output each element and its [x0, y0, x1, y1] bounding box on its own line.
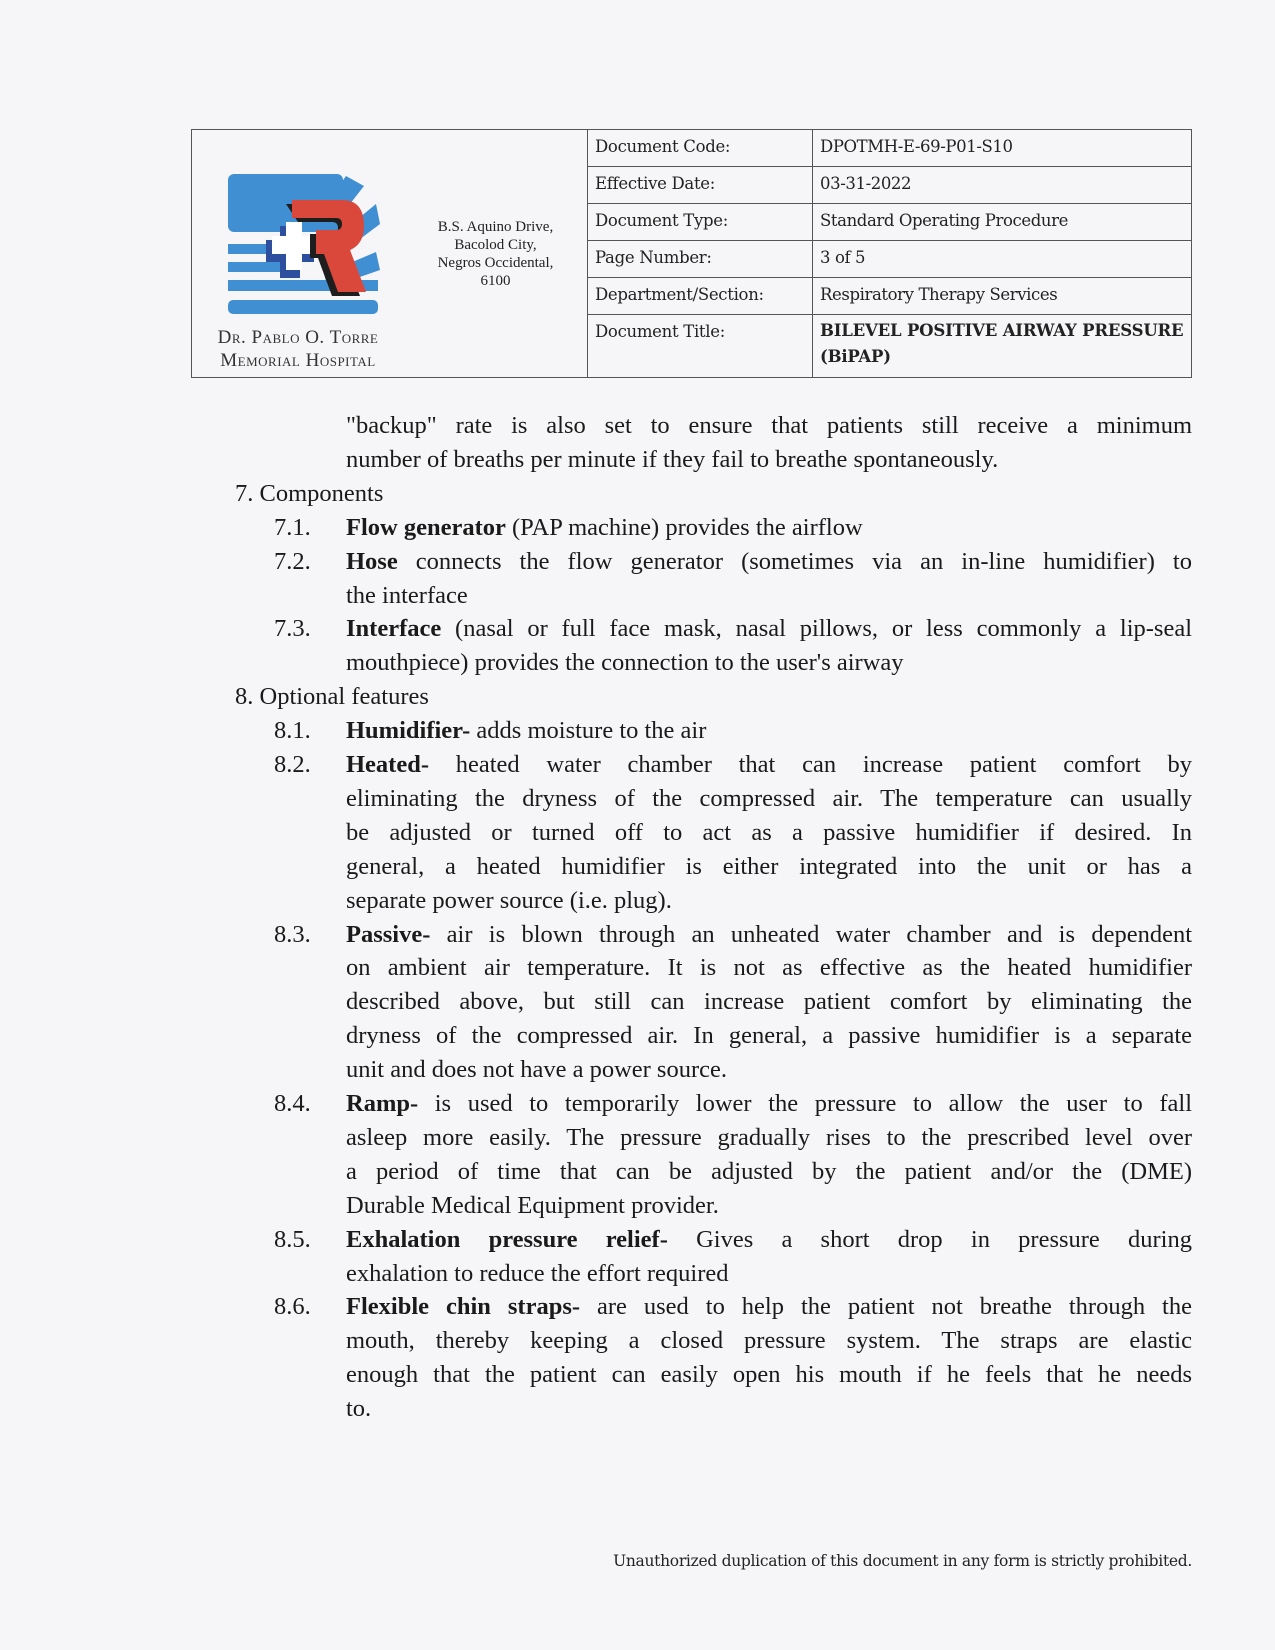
item-text-line: Passive- air is blown through an unheate…	[346, 920, 1192, 950]
item-text-line: separate power source (i.e. plug).	[346, 886, 672, 916]
item-text-line: be adjusted or turned off to act as a pa…	[346, 818, 1192, 848]
item-term: Hose	[346, 548, 398, 575]
item-text-line: mouth, thereby keeping a closed pressure…	[346, 1326, 1192, 1356]
meta-row-effective-date: Effective Date: 03-31-2022	[588, 167, 1191, 204]
section-heading: 7. Components	[235, 479, 383, 509]
item-text-line: described above, but still can increase …	[346, 987, 1192, 1017]
item-text-line: enough that the patient can easily open …	[346, 1360, 1192, 1390]
meta-label: Effective Date:	[588, 167, 813, 203]
item-number: 7.1.	[274, 513, 311, 543]
item-text-line: Humidifier- adds moisture to the air	[346, 716, 706, 746]
item-text-line: on ambient air temperature. It is not as…	[346, 953, 1192, 983]
meta-label: Document Title:	[588, 315, 813, 377]
item-number: 8.3.	[274, 920, 311, 950]
item-text-line: Interface (nasal or full face mask, nasa…	[346, 614, 1192, 644]
item-text-line: unit and does not have a power source.	[346, 1055, 727, 1085]
item-term: Flow generator	[346, 514, 506, 541]
meta-value: DPOTMH-E-69-P01-S10	[813, 130, 1191, 166]
meta-row-document-type: Document Type: Standard Operating Proced…	[588, 204, 1191, 241]
item-number: 8.5.	[274, 1225, 311, 1255]
meta-value: 03-31-2022	[813, 167, 1191, 203]
document-page: Dr. Pablo O. Torre Memorial Hospital B.S…	[0, 0, 1275, 1650]
item-text-line: exhalation to reduce the effort required	[346, 1259, 729, 1289]
paragraph-line: "backup" rate is also set to ensure that…	[346, 411, 1192, 441]
item-term: Humidifier-	[346, 717, 470, 744]
document-title: BILEVEL POSITIVE AIRWAY PRESSURE (BiPAP)	[813, 315, 1191, 377]
hospital-name: Dr. Pablo O. Torre Memorial Hospital	[192, 326, 404, 372]
item-text-line: asleep more easily. The pressure gradual…	[346, 1123, 1192, 1153]
paragraph-line: number of breaths per minute if they fai…	[346, 445, 998, 475]
item-number: 8.6.	[274, 1292, 311, 1322]
item-number: 7.2.	[274, 547, 311, 577]
item-term: Heated-	[346, 751, 429, 778]
item-text-line: to.	[346, 1394, 371, 1424]
meta-row-document-code: Document Code: DPOTMH-E-69-P01-S10	[588, 130, 1191, 167]
meta-label: Document Type:	[588, 204, 813, 240]
item-text-line: the interface	[346, 581, 468, 611]
item-text-line: eliminating the dryness of the compresse…	[346, 784, 1192, 814]
address-line: 6100	[438, 272, 554, 290]
section-heading: 8. Optional features	[235, 682, 429, 712]
document-metadata: Document Code: DPOTMH-E-69-P01-S10 Effec…	[588, 130, 1191, 377]
address-line: Bacolod City,	[438, 236, 554, 254]
item-term: Interface	[346, 615, 441, 642]
item-term: Flexible chin straps-	[346, 1293, 580, 1320]
item-text-line: Heated- heated water chamber that can in…	[346, 750, 1192, 780]
item-text-line: Flexible chin straps- are used to help t…	[346, 1292, 1192, 1322]
meta-row-page-number: Page Number: 3 of 5	[588, 241, 1191, 278]
item-text-line: dryness of the compressed air. In genera…	[346, 1021, 1192, 1051]
meta-label: Document Code:	[588, 130, 813, 166]
meta-label: Page Number:	[588, 241, 813, 277]
meta-value: 3 of 5	[813, 241, 1191, 277]
hospital-logo-cell: Dr. Pablo O. Torre Memorial Hospital	[192, 130, 404, 377]
item-text-line: Ramp- is used to temporarily lower the p…	[346, 1089, 1192, 1119]
item-text-line: Flow generator (PAP machine) provides th…	[346, 513, 863, 543]
meta-row-document-title: Document Title: BILEVEL POSITIVE AIRWAY …	[588, 315, 1191, 377]
item-term: Ramp-	[346, 1090, 418, 1117]
item-text-line: Hose connects the flow generator (someti…	[346, 547, 1192, 577]
meta-value: Standard Operating Procedure	[813, 204, 1191, 240]
item-number: 8.1.	[274, 716, 311, 746]
hospital-cross-r-logo-icon	[228, 174, 380, 324]
item-number: 8.4.	[274, 1089, 311, 1119]
address-line: B.S. Aquino Drive,	[438, 218, 554, 236]
item-term: Exhalation pressure relief-	[346, 1226, 668, 1253]
item-text-line: Exhalation pressure relief- Gives a shor…	[346, 1225, 1192, 1255]
meta-row-department: Department/Section: Respiratory Therapy …	[588, 278, 1191, 315]
hospital-address: B.S. Aquino Drive, Bacolod City, Negros …	[404, 130, 588, 377]
address-line: Negros Occidental,	[438, 254, 554, 272]
item-number: 7.3.	[274, 614, 311, 644]
item-text-line: Durable Medical Equipment provider.	[346, 1191, 719, 1221]
item-term: Passive-	[346, 921, 430, 948]
meta-value: Respiratory Therapy Services	[813, 278, 1191, 314]
copyright-notice: Unauthorized duplication of this documen…	[550, 1552, 1192, 1570]
item-text-line: mouthpiece) provides the connection to t…	[346, 648, 904, 678]
item-number: 8.2.	[274, 750, 311, 780]
meta-label: Department/Section:	[588, 278, 813, 314]
item-text-line: general, a heated humidifier is either i…	[346, 852, 1192, 882]
document-header-table: Dr. Pablo O. Torre Memorial Hospital B.S…	[191, 129, 1192, 378]
item-text-line: a period of time that can be adjusted by…	[346, 1157, 1192, 1187]
